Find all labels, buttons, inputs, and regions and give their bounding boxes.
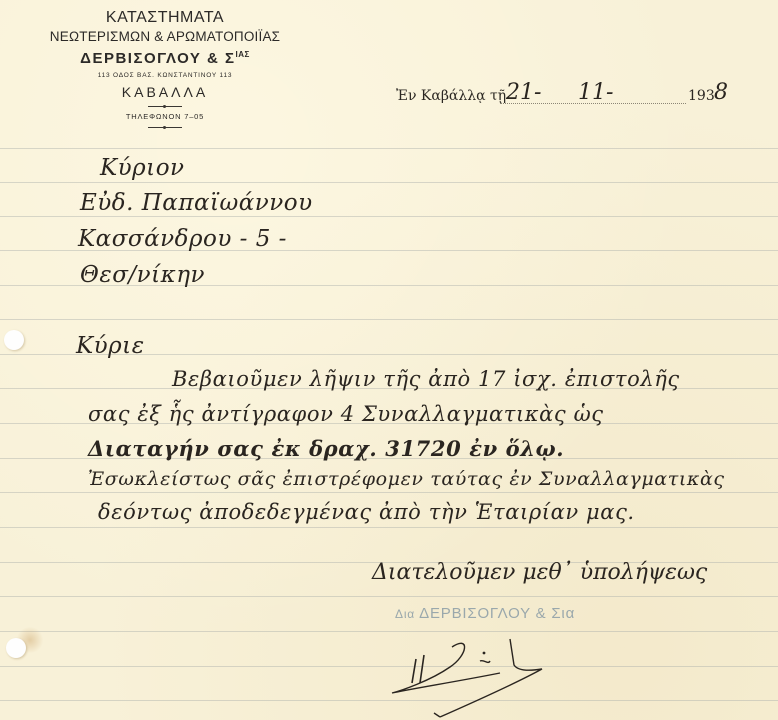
letterhead-title: ΚΑΤΑΣΤΗΜΑΤΑ xyxy=(20,8,310,28)
company-stamp: Δια ΔΕΡΒΙΣΟΓΛΟΥ & Σια xyxy=(395,605,575,622)
addressee-line: Κασσάνδρου - 5 - xyxy=(78,226,287,252)
date-place-printed: Ἐν Καβάλλᾳ τῇ xyxy=(396,88,506,104)
stamp-prefix: Δια xyxy=(395,607,415,621)
body-line: Διαταγήν σας ἐκ δραχ. 31720 ἐν ὅλῳ. xyxy=(88,436,564,461)
dateline: Ἐν Καβάλλᾳ τῇ 21- 11- 193 8 xyxy=(396,84,756,108)
date-month: 11- xyxy=(578,80,613,105)
punch-hole xyxy=(6,638,26,658)
closing: Διατελοῦμεν μεθ᾽ ὑπολήψεως xyxy=(372,560,707,585)
letterhead-phone: ΤΗΛΕΦΩΝΟΝ 7–05 xyxy=(20,111,310,123)
letter-page: ΚΑΤΑΣΤΗΜΑΤΑ ΝΕΩΤΕΡΙΣΜΩΝ & ΑΡΩΜΑΤΟΠΟΙΪΑΣ … xyxy=(0,0,778,720)
date-year-handwritten: 8 xyxy=(714,80,728,105)
addressee-line: Κύριον xyxy=(100,155,185,181)
punch-hole xyxy=(4,330,24,350)
company-suffix: ΙΑΣ xyxy=(236,50,250,59)
date-day: 21- xyxy=(506,80,541,105)
letterhead-city: ΚΑΒΑΛΛΑ xyxy=(20,82,310,102)
body-line: σας ἐξ ἧς ἀντίγραφον 4 Συναλλαγματικὰς ὡ… xyxy=(88,402,604,426)
letterhead-company: ΔΕΡΒΙΣΟΓΛΟΥ & ΣΙΑΣ xyxy=(20,45,310,69)
body-line: Ἐσωκλείστως σᾶς ἐπιστρέφομεν ταύτας ἐν Σ… xyxy=(88,468,725,490)
date-year-printed: 193 xyxy=(688,88,715,104)
letterhead-subtitle: ΝΕΩΤΕΡΙΣΜΩΝ & ΑΡΩΜΑΤΟΠΟΙΪΑΣ xyxy=(20,28,310,45)
letterhead-divider xyxy=(148,106,182,107)
salutation: Κύριε xyxy=(76,333,145,359)
addressee-line: Εὐδ. Παπαϊωάννου xyxy=(80,190,313,216)
letterhead-divider-2 xyxy=(148,127,182,128)
signature xyxy=(380,625,580,720)
letterhead: ΚΑΤΑΣΤΗΜΑΤΑ ΝΕΩΤΕΡΙΣΜΩΝ & ΑΡΩΜΑΤΟΠΟΙΪΑΣ … xyxy=(0,8,310,132)
letterhead-address: 113 ΟΔΟΣ ΒΑΣ. ΚΩΝΣΤΑΝΤΙΝΟΥ 113 xyxy=(20,69,310,82)
addressee-line: Θεσ/νίκην xyxy=(80,262,205,288)
company-name: ΔΕΡΒΙΣΟΓΛΟΥ & Σ xyxy=(80,50,235,67)
body-line: Βεβαιοῦμεν λῆψιν τῆς ἀπὸ 17 ἰσχ. ἐπιστολ… xyxy=(172,367,680,391)
body-line: δεόντως ἀποδεδεγμένας ἀπὸ τὴν Ἑταιρίαν μ… xyxy=(98,500,635,524)
stamp-text: ΔΕΡΒΙΣΟΓΛΟΥ & Σια xyxy=(419,605,575,622)
